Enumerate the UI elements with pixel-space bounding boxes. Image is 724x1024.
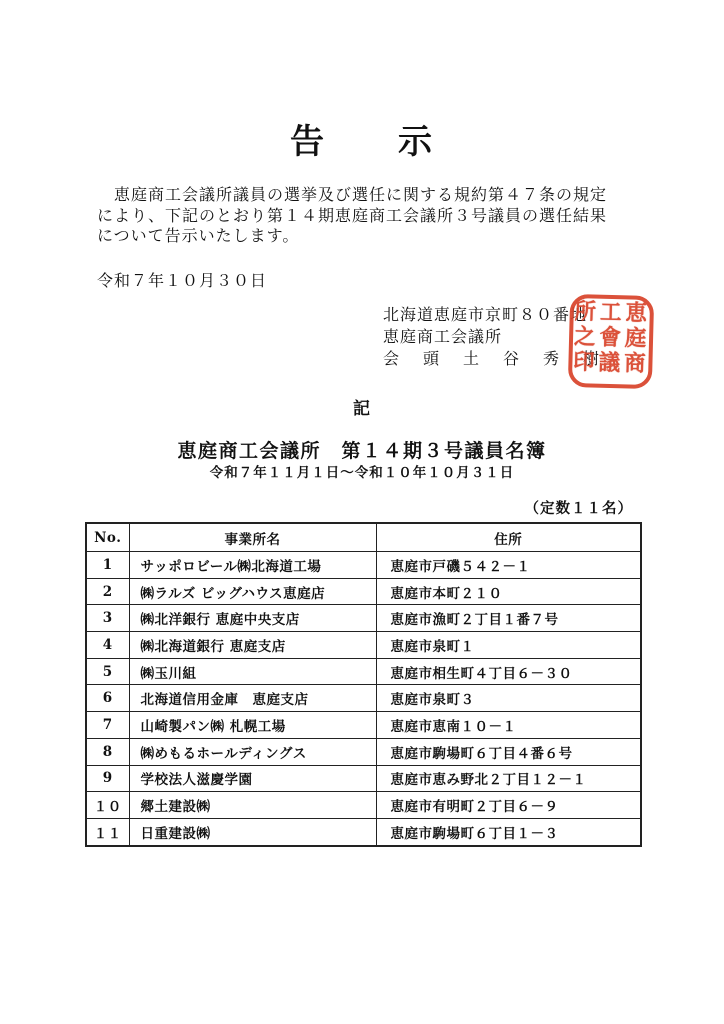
address-cell: 恵庭市恵南１０－１ [376, 712, 641, 739]
address-cell: 恵庭市駒場町６丁目１－３ [376, 818, 641, 845]
document-title: 告 示 [0, 114, 724, 163]
business-name-cell: ㈱北洋銀行 恵庭中央支店 [129, 605, 376, 632]
address-cell: 恵庭市戸磯５４２－１ [376, 552, 641, 579]
row-number: 4 [86, 632, 129, 659]
column-header-address: 住所 [376, 523, 641, 552]
table-row: 3㈱北洋銀行 恵庭中央支店恵庭市漁町２丁目１番７号 [86, 605, 641, 632]
row-number: １０ [86, 792, 129, 819]
roster-quota: （定数１１名） [525, 497, 634, 518]
business-name-cell: サッポロビール㈱北海道工場 [129, 552, 376, 579]
business-name-cell: 山崎製パン㈱ 札幌工場 [129, 712, 376, 739]
row-number: １１ [86, 818, 129, 845]
address-cell: 恵庭市駒場町６丁目４番６号 [376, 738, 641, 765]
roster-header-row: No. 事業所名 住所 [86, 523, 641, 552]
table-row: １１日重建設㈱恵庭市駒場町６丁目１－３ [86, 818, 641, 845]
table-row: 6北海道信用金庫 恵庭支店恵庭市泉町３ [86, 685, 641, 712]
business-name-cell: 学校法人滋慶学園 [129, 765, 376, 792]
notice-line-1: 恵庭商工会議所議員の選挙及び選任に関する規約第４７条の規定 [97, 185, 637, 206]
address-cell: 恵庭市相生町４丁目６－３０ [376, 658, 641, 685]
business-name-cell: 北海道信用金庫 恵庭支店 [129, 685, 376, 712]
address-cell: 恵庭市泉町３ [376, 685, 641, 712]
business-name-cell: 日重建設㈱ [129, 818, 376, 845]
business-name-cell: ㈱玉川組 [129, 658, 376, 685]
roster-title: 恵庭商工会議所 第１４期３号議員名簿 [0, 436, 724, 463]
table-row: 4㈱北海道銀行 恵庭支店恵庭市泉町１ [86, 632, 641, 659]
address-cell: 恵庭市本町２１０ [376, 578, 641, 605]
table-row: １０郷土建設㈱恵庭市有明町２丁目６－９ [86, 792, 641, 819]
business-name-cell: ㈱ラルズ ビッグハウス恵庭店 [129, 578, 376, 605]
row-number: 3 [86, 605, 129, 632]
table-row: 8㈱めもるホールディングス恵庭市駒場町６丁目４番６号 [86, 738, 641, 765]
row-number: 8 [86, 738, 129, 765]
row-number: 5 [86, 658, 129, 685]
table-row: 1サッポロビール㈱北海道工場恵庭市戸磯５４２－１ [86, 552, 641, 579]
business-name-cell: 郷土建設㈱ [129, 792, 376, 819]
row-number: 7 [86, 712, 129, 739]
official-seal-text: 恵庭商工會議所之印 [573, 299, 649, 381]
table-row: 7山崎製パン㈱ 札幌工場恵庭市恵南１０－１ [86, 712, 641, 739]
column-header-business-name: 事業所名 [129, 523, 376, 552]
roster-table: No. 事業所名 住所 1サッポロビール㈱北海道工場恵庭市戸磯５４２－１2㈱ラル… [85, 522, 642, 847]
business-name-cell: ㈱めもるホールディングス [129, 738, 376, 765]
row-number: 6 [86, 685, 129, 712]
notice-paragraph: 恵庭商工会議所議員の選挙及び選任に関する規約第４７条の規定 により、下記のとおり… [97, 185, 637, 247]
column-header-no: No. [86, 523, 129, 552]
address-cell: 恵庭市有明町２丁目６－９ [376, 792, 641, 819]
document-page: 告 示 恵庭商工会議所議員の選挙及び選任に関する規約第４７条の規定 により、下記… [0, 0, 724, 1024]
notice-line-2: により、下記のとおり第１４期恵庭商工会議所３号議員の選任結果 [97, 206, 637, 227]
business-name-cell: ㈱北海道銀行 恵庭支店 [129, 632, 376, 659]
record-marker: 記 [0, 394, 724, 419]
table-row: 5㈱玉川組恵庭市相生町４丁目６－３０ [86, 658, 641, 685]
address-cell: 恵庭市泉町１ [376, 632, 641, 659]
address-cell: 恵庭市恵み野北２丁目１２－１ [376, 765, 641, 792]
address-cell: 恵庭市漁町２丁目１番７号 [376, 605, 641, 632]
official-seal-stamp-icon: 恵庭商工會議所之印 [568, 294, 654, 389]
notice-line-3: について告示いたします。 [97, 226, 637, 247]
row-number: 2 [86, 578, 129, 605]
table-row: 2㈱ラルズ ビッグハウス恵庭店恵庭市本町２１０ [86, 578, 641, 605]
notice-date: 令和７年１０月３０日 [97, 268, 267, 291]
row-number: 1 [86, 552, 129, 579]
table-row: 9学校法人滋慶学園恵庭市恵み野北２丁目１２－１ [86, 765, 641, 792]
roster-term: 令和７年１１月１日～令和１０年１０月３１日 [0, 461, 724, 481]
row-number: 9 [86, 765, 129, 792]
